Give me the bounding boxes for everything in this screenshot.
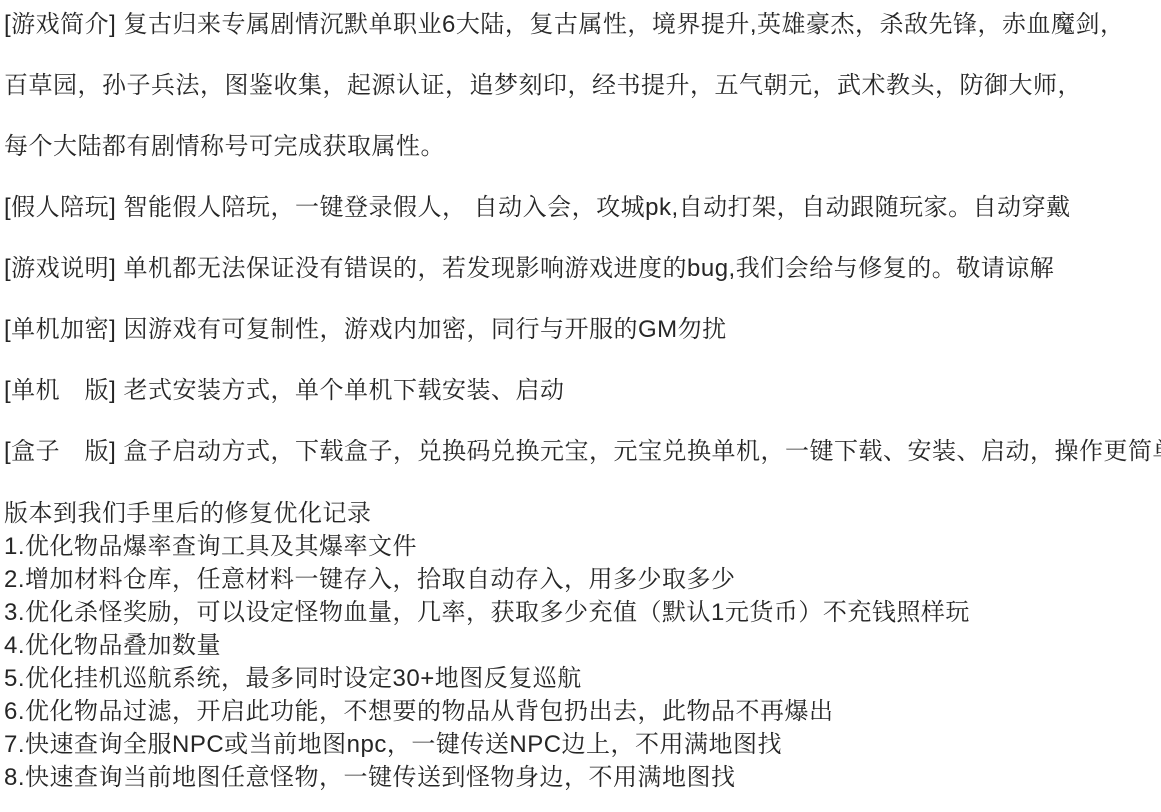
changelog-item-3: 3.优化杀怪奖励，可以设定怪物血量，几率，获取多少充值（默认1元货币）不充钱照样… — [4, 596, 1157, 629]
intro-line-game-summary: [游戏简介] 复古归来专属剧情沉默单职业6大陆，复古属性，境界提升,英雄豪杰，杀… — [4, 0, 1157, 55]
changelog-section: 版本到我们手里后的修复优化记录 1.优化物品爆率查询工具及其爆率文件 2.增加材… — [4, 497, 1157, 794]
changelog-item-4: 4.优化物品叠加数量 — [4, 629, 1157, 662]
changelog-title: 版本到我们手里后的修复优化记录 — [4, 497, 1157, 530]
intro-line-standalone-version: [单机 版] 老式安装方式，单个单机下载安装、启动 — [4, 360, 1157, 421]
intro-line-fake-players: [假人陪玩] 智能假人陪玩，一键登录假人， 自动入会，攻城pk,自动打架，自动跟… — [4, 177, 1157, 238]
intro-section: [游戏简介] 复古归来专属剧情沉默单职业6大陆，复古属性，境界提升,英雄豪杰，杀… — [4, 0, 1157, 482]
changelog-item-1: 1.优化物品爆率查询工具及其爆率文件 — [4, 530, 1157, 563]
changelog-item-7: 7.快速查询全服NPC或当前地图npc，一键传送NPC边上，不用满地图找 — [4, 728, 1157, 761]
intro-line-box-version: [盒子 版] 盒子启动方式，下载盒子，兑换码兑换元宝，元宝兑换单机，一键下载、安… — [4, 421, 1157, 482]
changelog-item-6: 6.优化物品过滤，开启此功能，不想要的物品从背包扔出去，此物品不再爆出 — [4, 695, 1157, 728]
intro-line-game-summary-3: 每个大陆都有剧情称号可完成获取属性。 — [4, 116, 1157, 177]
changelog-item-8: 8.快速查询当前地图任意怪物，一键传送到怪物身边，不用满地图找 — [4, 761, 1157, 794]
intro-line-game-notes: [游戏说明] 单机都无法保证没有错误的，若发现影响游戏进度的bug,我们会给与修… — [4, 238, 1157, 299]
intro-line-encryption: [单机加密] 因游戏有可复制性，游戏内加密，同行与开服的GM勿扰 — [4, 299, 1157, 360]
changelog-item-2: 2.增加材料仓库，任意材料一键存入，拾取自动存入，用多少取多少 — [4, 563, 1157, 596]
intro-line-game-summary-2: 百草园，孙子兵法，图鉴收集，起源认证，追梦刻印，经书提升，五气朝元，武术教头，防… — [4, 55, 1157, 116]
document-page: [游戏简介] 复古归来专属剧情沉默单职业6大陆，复古属性，境界提升,英雄豪杰，杀… — [0, 0, 1161, 794]
changelog-item-5: 5.优化挂机巡航系统，最多同时设定30+地图反复巡航 — [4, 662, 1157, 695]
